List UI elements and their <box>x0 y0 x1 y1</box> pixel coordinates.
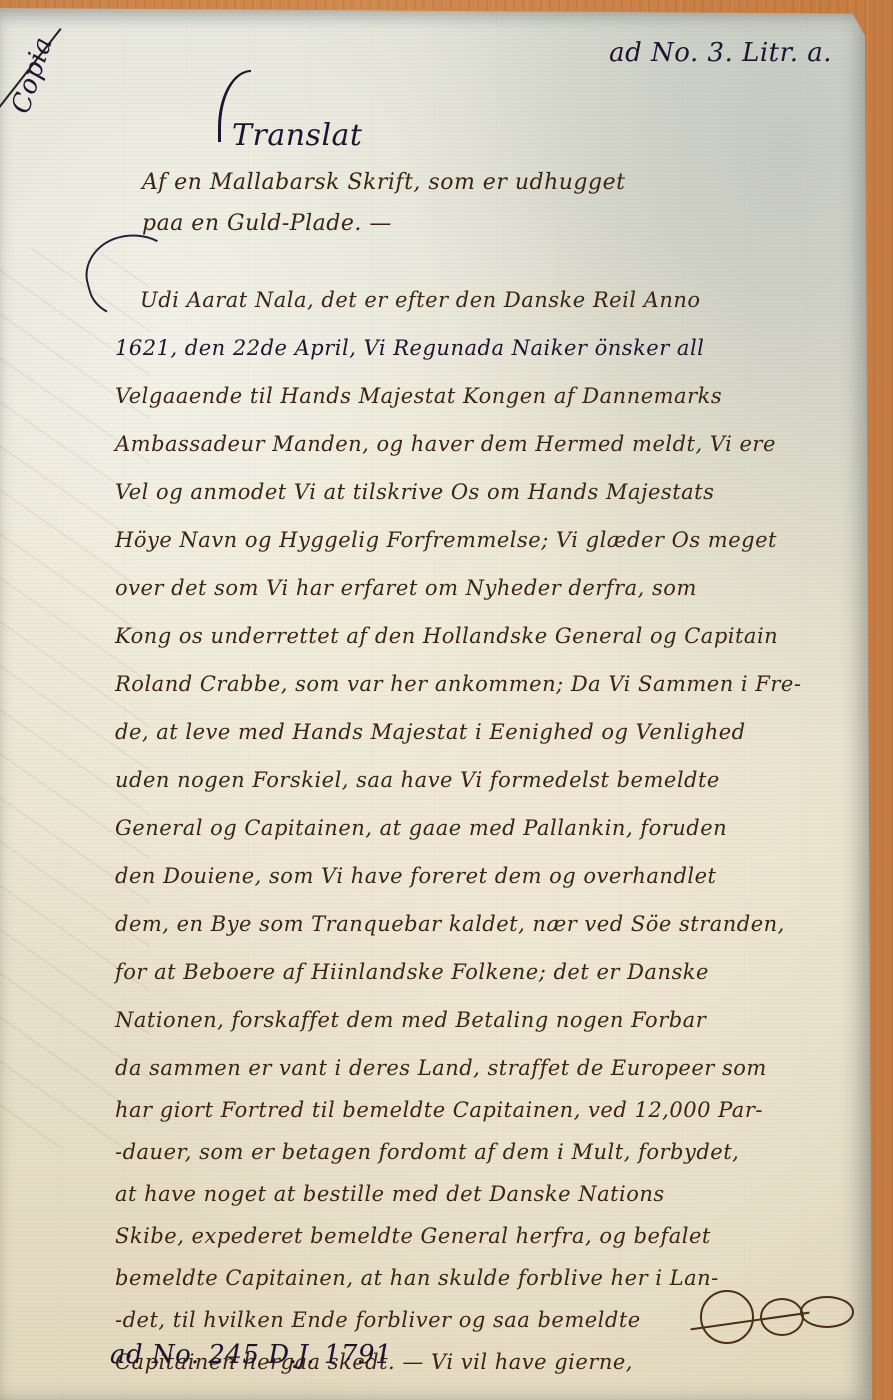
body-line: Höye Navn og Hyggelig Forfremmelse; Vi g… <box>115 528 777 552</box>
body-line: uden nogen Forskiel, saa have Vi formede… <box>115 768 720 792</box>
signature-flourish-icon <box>690 1280 860 1350</box>
body-line: Nationen, forskaffet dem med Betaling no… <box>115 1008 706 1032</box>
body-line: Udi Aarat Nala, det er efter den Danske … <box>140 288 701 312</box>
body-line: da sammen er vant i deres Land, straffet… <box>115 1056 767 1080</box>
document-title: Translat <box>232 118 363 153</box>
manuscript-page: Copia ad No. 3. Litr. a. Translat Af en … <box>0 8 872 1400</box>
body-line: -dauer, som er betagen fordomt af dem i … <box>115 1140 739 1164</box>
body-line: Skibe, expederet bemeldte General herfra… <box>115 1224 711 1248</box>
subtitle-line-2: paa en Guld-Plade. — <box>142 211 392 236</box>
body-line: Kong os underrettet af den Hollandske Ge… <box>115 624 778 648</box>
body-line: for at Beboere af Hiinlandske Folkene; d… <box>115 960 709 984</box>
body-line: Ambassadeur Manden, og haver dem Hermed … <box>115 432 776 456</box>
body-line: de, at leve med Hands Majestat i Eenighe… <box>115 720 746 744</box>
body-line: Vel og anmodet Vi at tilskrive Os om Han… <box>115 480 714 504</box>
body-line: at have noget at bestille med det Danske… <box>115 1182 665 1206</box>
body-line: General og Capitainen, at gaae med Palla… <box>115 816 727 840</box>
body-line: dem, en Bye som Tranquebar kaldet, nær v… <box>115 912 785 936</box>
margin-note-copia: Copia <box>6 33 59 117</box>
subtitle-line-1: Af en Mallabarsk Skrift, som er udhugget <box>142 170 625 195</box>
body-line: har giort Fortred til bemeldte Capitaine… <box>115 1098 763 1122</box>
body-line: den Douiene, som Vi have foreret dem og … <box>115 864 716 888</box>
body-line: over det som Vi har erfaret om Nyheder d… <box>115 576 697 600</box>
body-line: -det, til hvilken Ende forbliver og saa … <box>115 1308 641 1332</box>
body-line: Velgaaende til Hands Majestat Kongen af … <box>115 384 722 408</box>
body-line: 1621, den 22de April, Vi Regunada Naiker… <box>115 336 704 360</box>
body-line: bemeldte Capitainen, at han skulde forbl… <box>115 1266 719 1290</box>
reference-number: ad No. 3. Litr. a. <box>609 38 832 68</box>
archive-reference: ad No. 245 D.J. 1791 <box>110 1340 392 1370</box>
body-line: Roland Crabbe, som var her ankommen; Da … <box>115 672 801 696</box>
